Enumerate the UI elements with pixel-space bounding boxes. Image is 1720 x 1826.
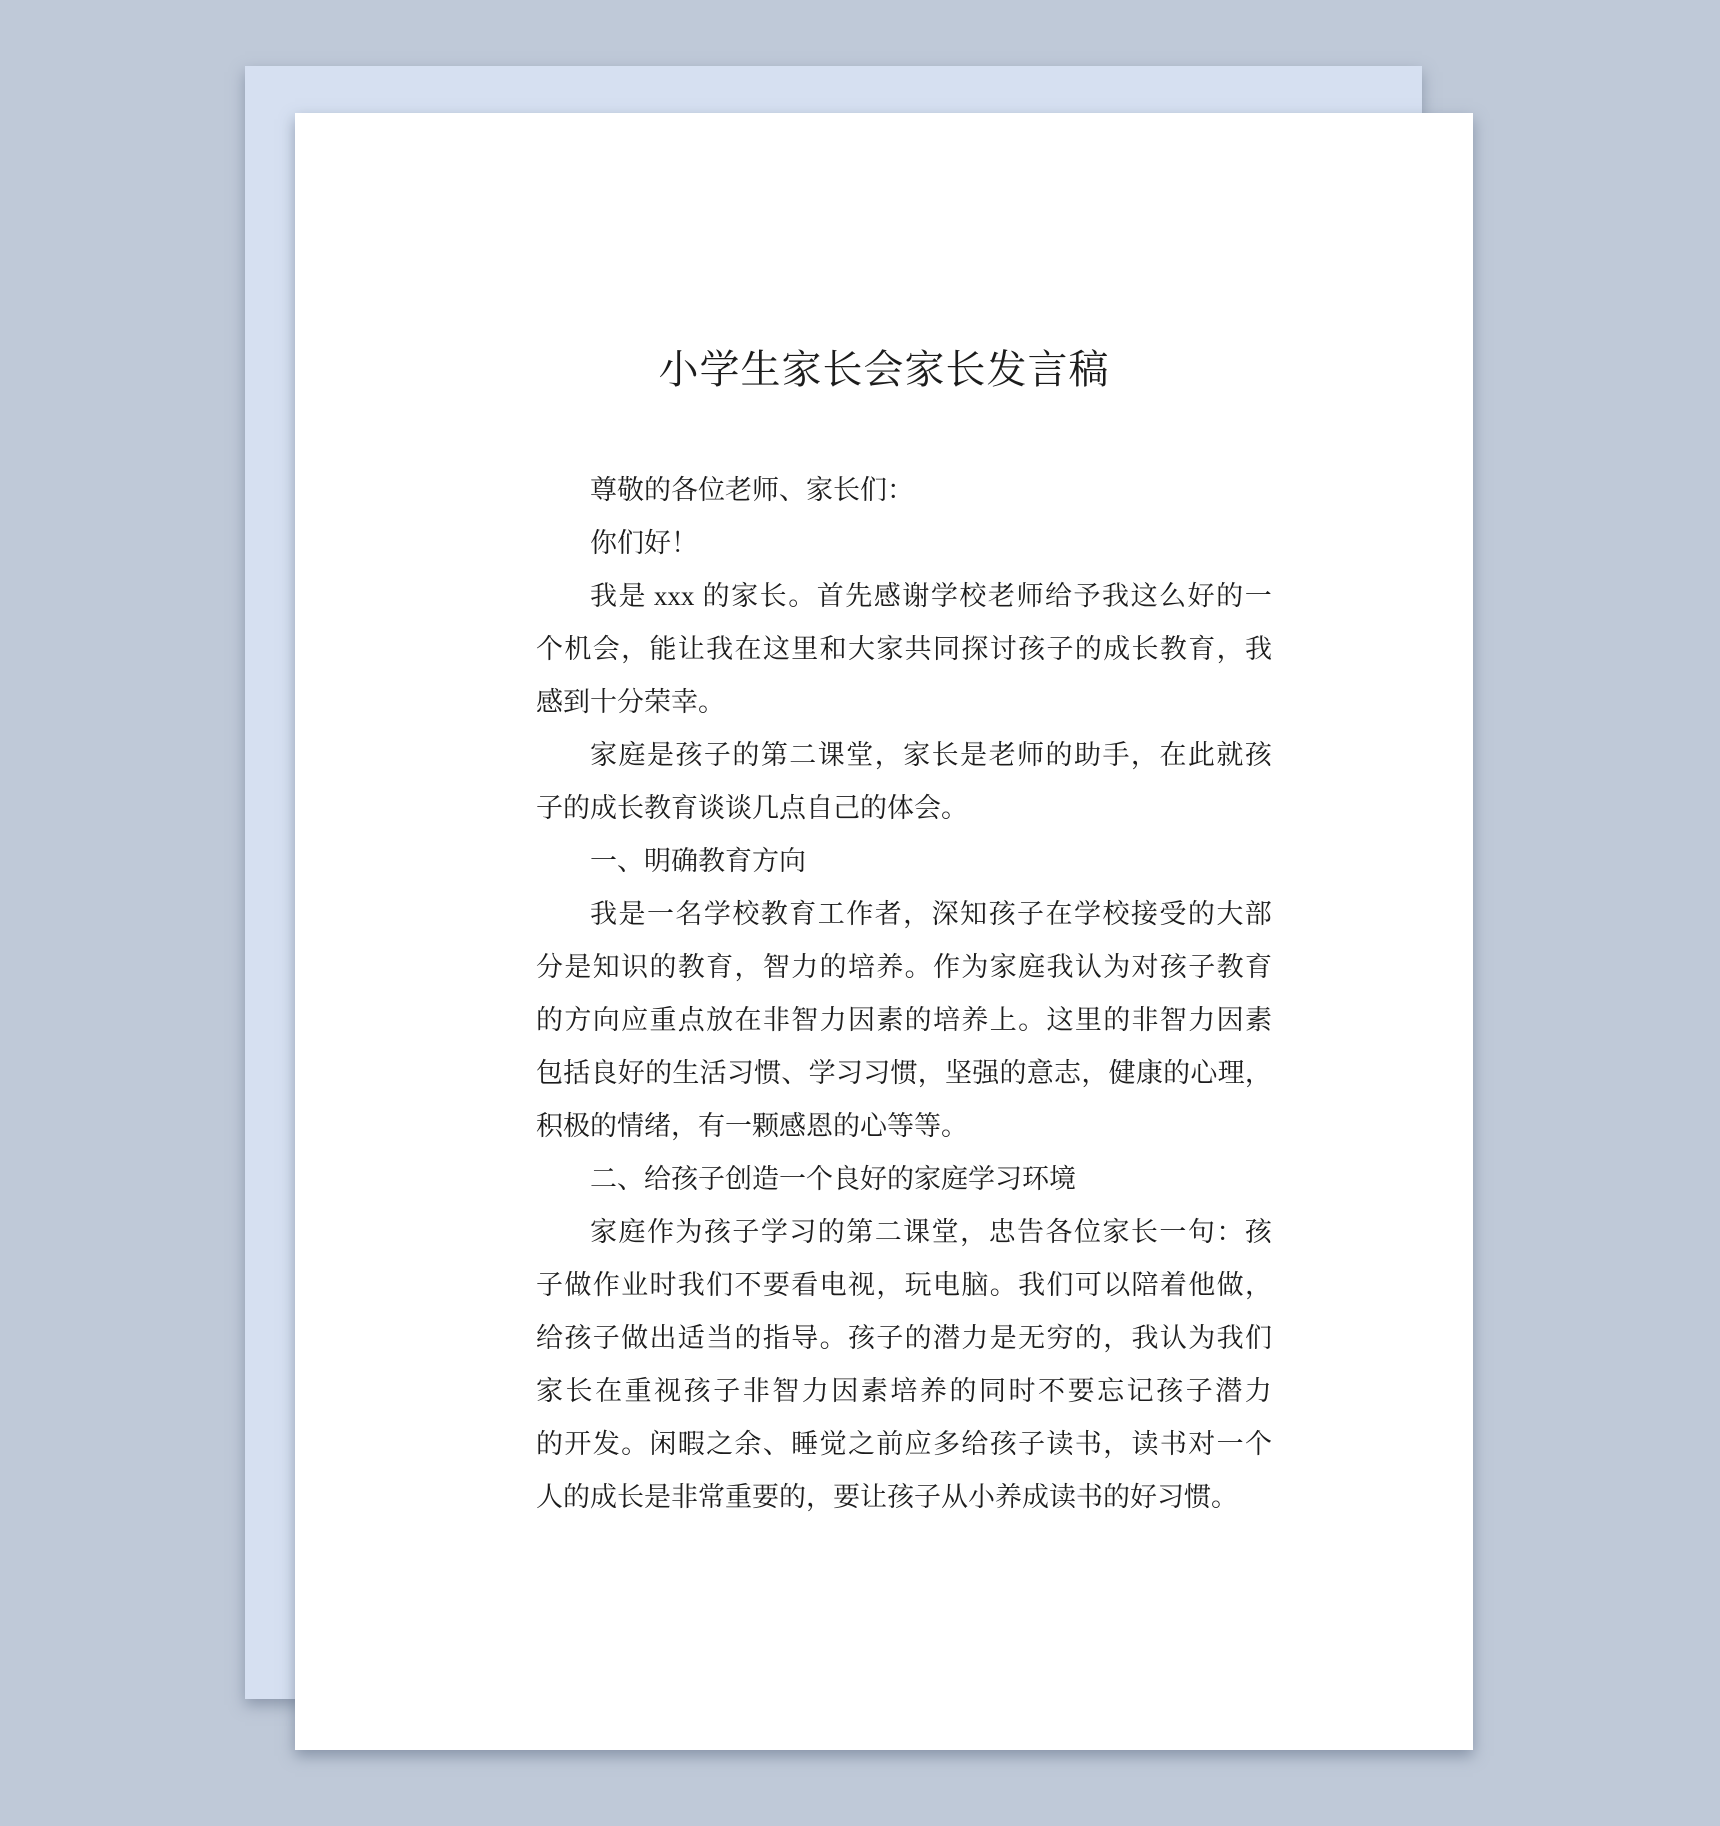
text-line: 子的成长教育谈谈几点自己的体会。 [536,782,1272,835]
document-page: 小学生家长会家长发言稿 尊敬的各位老师、家长们：你们好！我是 xxx 的家长。首… [295,113,1473,1750]
text-line: 家庭是孩子的第二课堂，家长是老师的助手，在此就孩 [536,729,1272,782]
text-line: 你们好！ [536,517,1272,570]
text-line: 我是一名学校教育工作者，深知孩子在学校接受的大部 [536,888,1272,941]
text-line: 个机会，能让我在这里和大家共同探讨孩子的成长教育，我 [536,623,1272,676]
text-line: 积极的情绪，有一颗感恩的心等等。 [536,1100,1272,1153]
desktop-background: { "document": { "title": "小学生家长会家长发言稿", … [0,0,1720,1826]
text-line: 的开发。闲暇之余、睡觉之前应多给孩子读书，读书对一个 [536,1418,1272,1471]
text-line: 包括良好的生活习惯、学习习惯，坚强的意志，健康的心理， [536,1047,1272,1100]
text-line: 子做作业时我们不要看电视，玩电脑。我们可以陪着他做， [536,1259,1272,1312]
text-line: 尊敬的各位老师、家长们： [536,464,1272,517]
document-body: 尊敬的各位老师、家长们：你们好！我是 xxx 的家长。首先感谢学校老师给予我这么… [536,464,1272,1524]
text-line: 二、给孩子创造一个良好的家庭学习环境 [536,1153,1272,1206]
text-line: 一、明确教育方向 [536,835,1272,888]
document-preview-canvas: 小学生家长会家长发言稿 尊敬的各位老师、家长们：你们好！我是 xxx 的家长。首… [0,0,1720,1826]
text-line: 的方向应重点放在非智力因素的培养上。这里的非智力因素 [536,994,1272,1047]
text-line: 分是知识的教育，智力的培养。作为家庭我认为对孩子教育 [536,941,1272,994]
text-line: 人的成长是非常重要的，要让孩子从小养成读书的好习惯。 [536,1471,1272,1524]
text-line: 家长在重视孩子非智力因素培养的同时不要忘记孩子潜力 [536,1365,1272,1418]
text-line: 家庭作为孩子学习的第二课堂，忠告各位家长一句：孩 [536,1206,1272,1259]
document-title: 小学生家长会家长发言稿 [295,347,1473,393]
text-line: 感到十分荣幸。 [536,676,1272,729]
text-line: 我是 xxx 的家长。首先感谢学校老师给予我这么好的一 [536,570,1272,623]
text-line: 给孩子做出适当的指导。孩子的潜力是无穷的，我认为我们 [536,1312,1272,1365]
